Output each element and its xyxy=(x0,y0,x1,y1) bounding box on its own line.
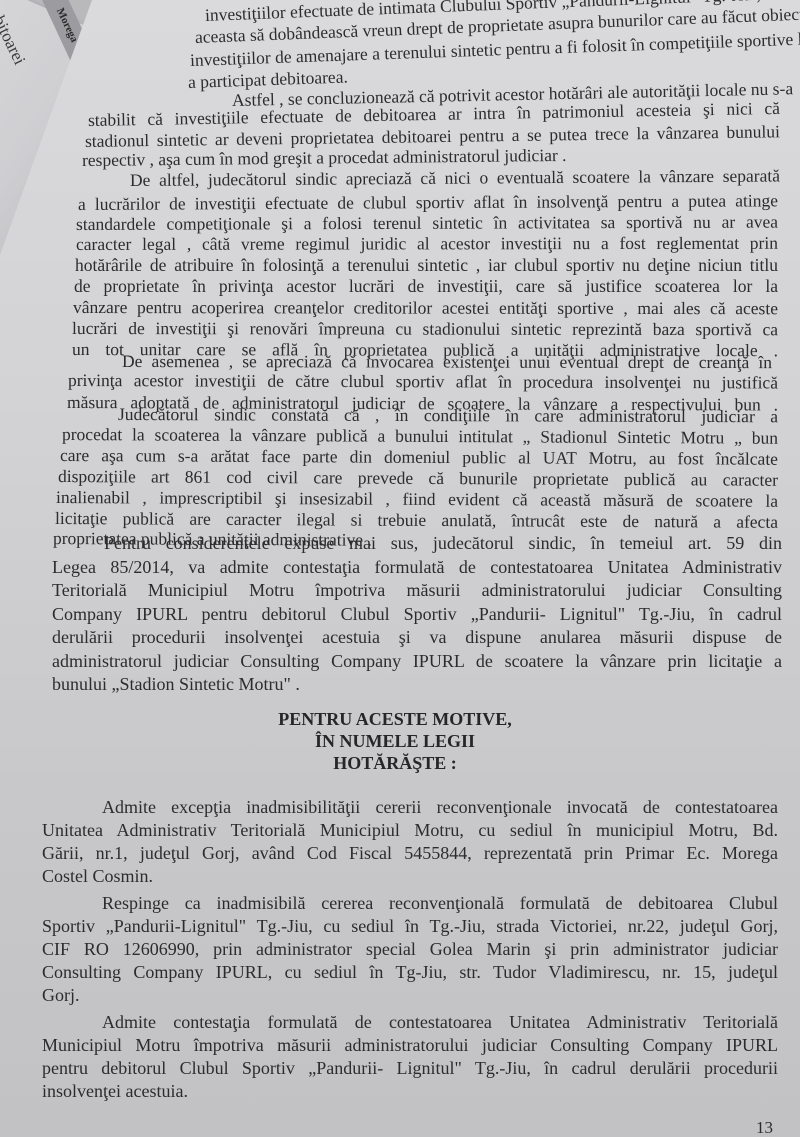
text-line: Legea 85/2014, va admite contestaţia for… xyxy=(52,557,782,577)
text-line: Pentru considerentele expuse mai sus, ju… xyxy=(104,533,782,553)
text-line: hotărârile de atribuire în folosinţă a t… xyxy=(75,255,778,275)
underlying-page-text: bitoarei xyxy=(0,13,29,68)
heading-line: HOTĂRĂŞTE : xyxy=(0,752,795,774)
text-line: de proprietate în privinţa acestor lucră… xyxy=(74,276,778,296)
text-line: De asemenea , se apreciază că invocarea … xyxy=(122,351,772,372)
ruling-text-line: pentru debitorul Clubul Sportiv „Panduri… xyxy=(42,1058,778,1078)
text-line: bunului „Stadion Sintetic Motru" . xyxy=(52,674,782,694)
text-line: standardele competiţionale şi a folosi t… xyxy=(76,212,778,234)
text-line: procedat la scoaterea la vânzare publică… xyxy=(62,424,778,448)
text-line: Teritorială Municipiul Motru împotriva m… xyxy=(52,580,782,600)
ruling-text-line: Gării, nr.1, judeţul Gorj, având Cod Fis… xyxy=(42,843,778,863)
ruling-text-line: Sportiv „Pandurii-Lignitul" Tg.-Jiu, cu … xyxy=(42,916,778,936)
text-line: a lucrărilor de investiţii efectuate de … xyxy=(78,190,778,214)
ruling-text-line: insolvenţei acestuia. xyxy=(42,1081,778,1101)
ruling-text-line: Unitatea Administrativ Teritorială Munic… xyxy=(42,820,778,840)
text-line: vânzare pentru acoperirea creanţelor cre… xyxy=(73,297,778,318)
ruling-text-line: Admite contestaţia formulată de contesta… xyxy=(102,1012,778,1032)
ruling-text-line: Admite excepţia inadmisibilităţii cereri… xyxy=(102,797,778,817)
ruling-text-line: Costel Cosmin. xyxy=(42,866,778,886)
text-line: care aşa cum s-a arătat face parte din d… xyxy=(60,445,778,469)
heading-line: PENTRU ACESTE MOTIVE, xyxy=(0,708,795,730)
text-line: administratorul judiciar Consulting Comp… xyxy=(52,651,782,671)
ruling-text-line: Respinge ca inadmisibilă cererea reconve… xyxy=(102,893,778,913)
text-line: privinţa acestor investiţii de către clu… xyxy=(68,370,778,392)
text-line: lucrări de investiţii şi renovări împreu… xyxy=(72,318,778,339)
ruling-text-line: Consulting Company IPURL, cu sediul în T… xyxy=(42,962,778,982)
page-number: 13 xyxy=(756,1118,773,1137)
ruling-text-line: Gorj. xyxy=(42,985,778,1005)
text-line: dispoziţiile art 861 cod civil care prev… xyxy=(58,466,778,490)
text-line: caracter legal , câtă vreme regimul juri… xyxy=(76,233,778,254)
text-line: Judecătorul sindic constată că , în cond… xyxy=(118,404,778,426)
ruling-text-line: Municipiul Motru împotriva măsurii admin… xyxy=(42,1035,778,1055)
text-line: inalienabil , imprescriptibil şi insesiz… xyxy=(56,487,778,511)
heading-line: ÎN NUMELE LEGII xyxy=(0,730,795,752)
text-line: derulării procedurii insolvenţei acestui… xyxy=(52,627,782,647)
text-line: Company IPURL pentru debitorul Clubul Sp… xyxy=(52,604,782,624)
text-line: respectiv , aşa cum în mod greşit a proc… xyxy=(82,146,482,170)
ruling-text-line: CIF RO 12606990, prin administrator spec… xyxy=(42,939,778,959)
